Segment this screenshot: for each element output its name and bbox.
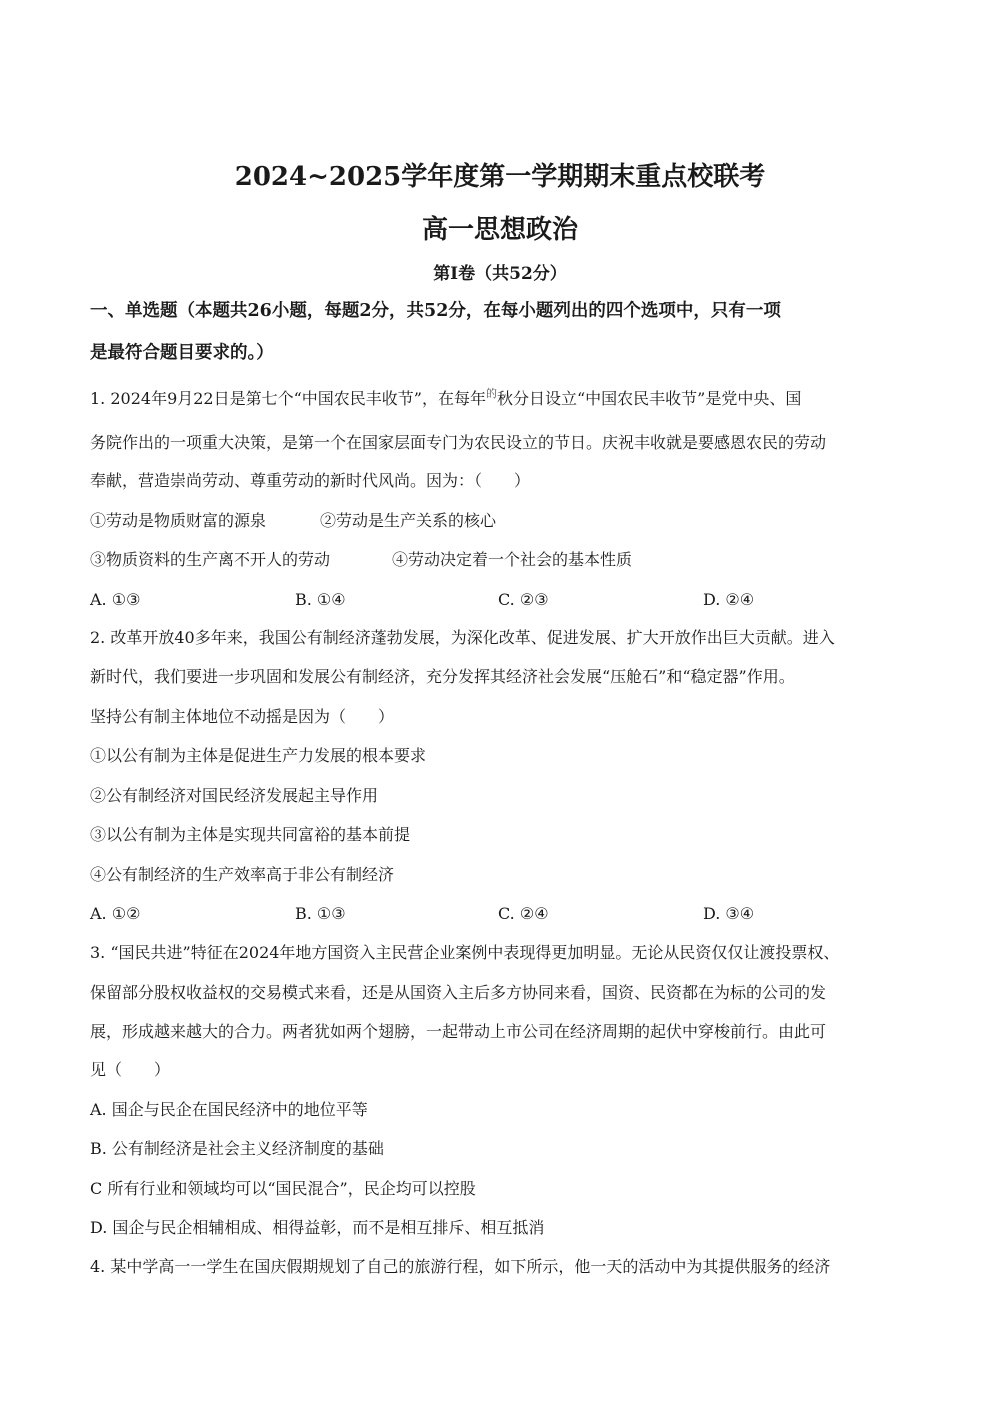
q1-statement-1: ①劳动是物质财富的源泉 [90,510,266,532]
exam-title: 2024~2025学年度第一学期期末重点校联考 [0,156,1000,193]
q2-statement-4: ④公有制经济的生产效率高于非公有制经济 [90,864,920,886]
question-3-line1: 3. “国民共进”特征在2024年地方国资入主民营企业案例中表现得更加明显。无论… [90,942,920,964]
q1-option-b: B. ①④ [295,589,346,611]
question-1-line1: 1. 2024年9月22日是第七个“中国农民丰收节”，在每年的秋分日设立“中国农… [90,388,920,412]
q2-statement-3: ③以公有制为主体是实现共同富裕的基本前提 [90,824,920,846]
q1-option-c: C. ②③ [498,589,549,611]
question-1-line2: 务院作出的一项重大决策，是第一个在国家层面专门为农民设立的节日。庆祝丰收就是要感… [90,432,920,454]
question-3-line2: 保留部分股权收益权的交易模式来看，还是从国资入主后多方协同来看，国资、民资都在为… [90,982,920,1004]
section-instructions-line1: 一、单选题（本题共26小题，每题2分，共52分，在每小题列出的四个选项中，只有一… [90,300,920,322]
q2-statement-2: ②公有制经济对国民经济发展起主导作用 [90,785,920,807]
q1-option-a: A. ①③ [90,589,140,611]
question-3-line4: 见（ ） [90,1059,920,1081]
q3-option-c: C 所有行业和领域均可以“国民混合”，民企均可以控股 [90,1178,920,1200]
q2-option-b: B. ①③ [295,903,346,925]
q1-statement-4: ④劳动决定着一个社会的基本性质 [392,549,632,571]
q1-statement-2: ②劳动是生产关系的核心 [320,510,496,532]
question-2-line2: 新时代，我们要进一步巩固和发展公有制经济，充分发挥其经济社会发展“压舱石”和“稳… [90,666,920,688]
exam-page: 2024~2025学年度第一学期期末重点校联考 高一思想政治 第Ⅰ卷（共52分）… [0,0,1000,1414]
question-1-line3: 奉献，营造崇尚劳动、尊重劳动的新时代风尚。因为：（ ） [90,470,920,492]
q1-option-d: D. ②④ [703,589,754,611]
q3-option-d: D. 国企与民企相辅相成、相得益彰，而不是相互排斥、相互抵消 [90,1217,920,1239]
q1-statement-3: ③物质资料的生产离不开人的劳动 [90,549,330,571]
question-2-line1: 2. 改革开放40多年来，我国公有制经济蓬勃发展，为深化改革、促进发展、扩大开放… [90,627,920,649]
section-instructions-line2: 是最符合题目要求的。） [90,342,920,364]
q2-statement-1: ①以公有制为主体是促进生产力发展的根本要求 [90,745,920,767]
q2-option-d: D. ③④ [703,903,754,925]
question-3-line3: 展，形成越来越大的合力。两者犹如两个翅膀，一起带动上市公司在经济周期的起伏中穿梭… [90,1021,920,1043]
q2-option-a: A. ①② [90,903,140,925]
q3-option-a: A. 国企与民企在国民经济中的地位平等 [90,1099,920,1121]
q2-option-c: C. ②④ [498,903,549,925]
subject-title: 高一思想政治 [0,209,1000,246]
volume-title: 第Ⅰ卷（共52分） [0,259,1000,284]
q3-option-b: B. 公有制经济是社会主义经济制度的基础 [90,1138,920,1160]
raised-char: 的 [486,387,497,400]
question-2-line3: 坚持公有制主体地位不动摇是因为（ ） [90,706,920,728]
question-4-line1: 4. 某中学高一一学生在国庆假期规划了自己的旅游行程，如下所示，他一天的活动中为… [90,1256,920,1278]
